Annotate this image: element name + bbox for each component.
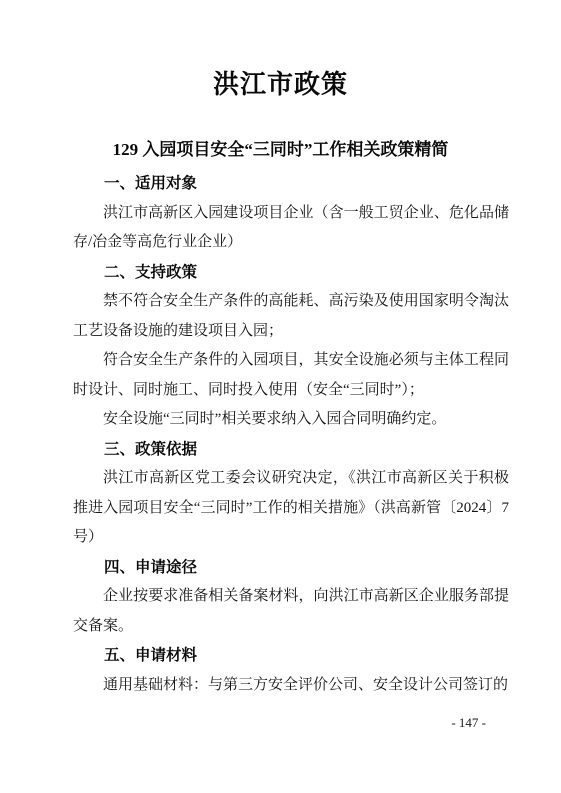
paragraph-application-materials: 通用基础材料：与第三方安全评价公司、安全设计公司签订的 [73, 671, 509, 701]
paragraph-support-policy-2: 符合安全生产条件的入园项目，其安全设施必须与主体工程同时设计、同时施工、同时投入… [73, 346, 509, 405]
document-title: 洪江市政策 [0, 68, 561, 102]
document-body: 一、适用对象 洪江市高新区入园建设项目企业（含一般工贸企业、危化品储存/冶金等高… [73, 169, 509, 700]
paragraph-applicable-targets: 洪江市高新区入园建设项目企业（含一般工贸企业、危化品储存/冶金等高危行业企业） [73, 199, 509, 258]
section-heading-applicable-targets: 一、适用对象 [73, 169, 509, 199]
paragraph-support-policy-3: 安全设施“三同时”相关要求纳入入园合同明确约定。 [73, 405, 509, 435]
paragraph-application-channel: 企业按要求准备相关备案材料，向洪江市高新区企业服务部提交备案。 [73, 582, 509, 641]
policy-document-page: 洪江市政策 129 入园项目安全“三同时”工作相关政策精简 一、适用对象 洪江市… [0, 0, 561, 793]
section-heading-support-policy: 二、支持政策 [73, 258, 509, 288]
section-heading-policy-basis: 三、政策依据 [73, 435, 509, 465]
paragraph-policy-basis: 洪江市高新区党工委会议研究决定，《洪江市高新区关于积极推进入园项目安全“三同时”… [73, 464, 509, 553]
paragraph-support-policy-1: 禁不符合安全生产条件的高能耗、高污染及使用国家明令淘汰工艺设备设施的建设项目入园… [73, 287, 509, 346]
page-number: - 147 - [451, 714, 486, 732]
policy-entry-title: 129 入园项目安全“三同时”工作相关政策精简 [0, 138, 561, 162]
section-heading-application-channel: 四、申请途径 [73, 553, 509, 583]
section-heading-application-materials: 五、申请材料 [73, 641, 509, 671]
